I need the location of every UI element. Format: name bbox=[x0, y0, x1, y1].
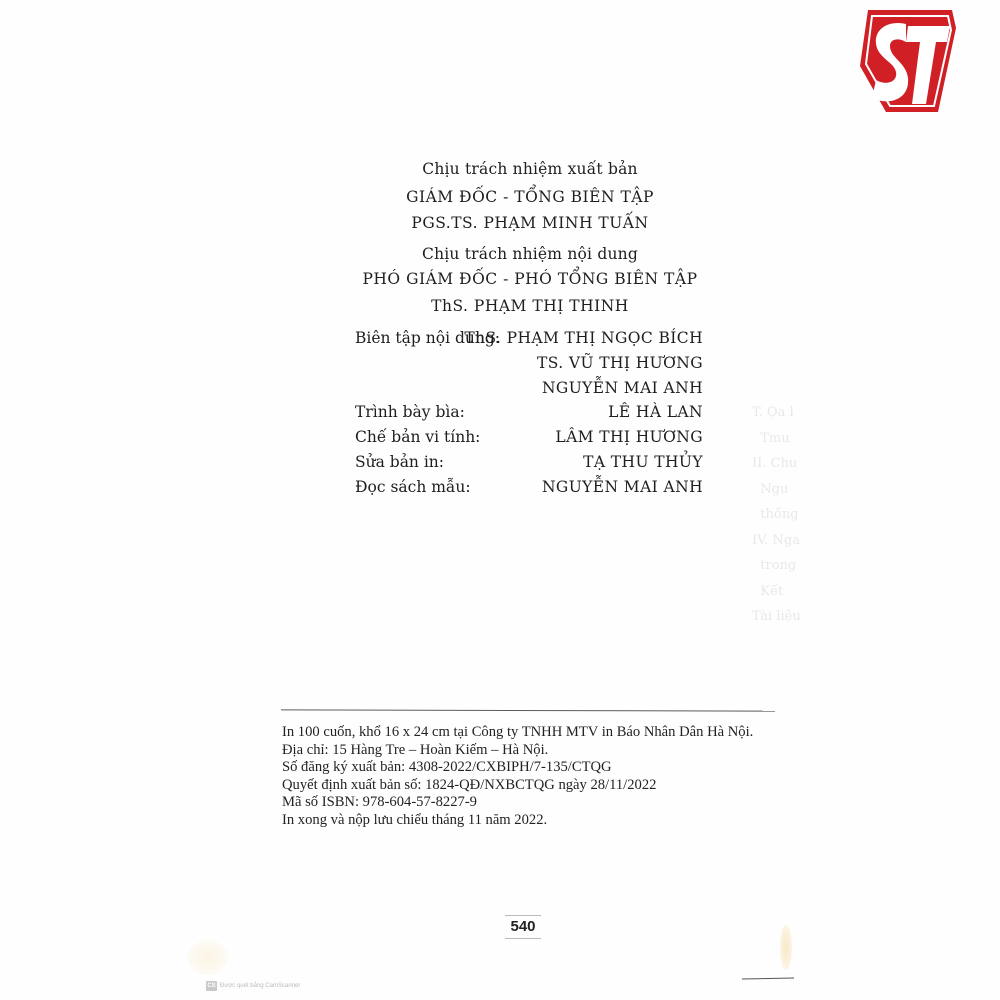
printer-address-line: Địa chỉ: 15 Hàng Tre – Hoàn Kiếm – Hà Nộ… bbox=[282, 742, 802, 760]
page-edge-smudge bbox=[780, 925, 792, 970]
deputy-director-title: PHÓ GIÁM ĐỐC - PHÓ TỔNG BIÊN TẬP bbox=[300, 270, 760, 288]
credit-label: Chế bản vi tính: bbox=[355, 428, 480, 446]
st-publisher-logo-icon bbox=[856, 6, 958, 116]
publishing-responsibility-heading: Chịu trách nhiệm xuất bản bbox=[300, 160, 760, 178]
page-edge-line bbox=[742, 978, 794, 980]
legal-deposit-line: In xong và nộp lưu chiểu tháng 11 năm 20… bbox=[282, 812, 802, 830]
scanner-watermark: CS Được quét bằng CamScanner bbox=[206, 981, 300, 991]
credit-name: LÊ HÀ LAN bbox=[608, 403, 703, 421]
publishing-director-title: GIÁM ĐỐC - TỔNG BIÊN TẬP bbox=[300, 188, 760, 206]
imprint-block: In 100 cuốn, khổ 16 x 24 cm tại Công ty … bbox=[282, 724, 802, 830]
credit-row-typesetting: Chế bản vi tính: LÂM THỊ HƯƠNG bbox=[355, 428, 703, 450]
credit-row-sample-reading: Đọc sách mẫu: NGUYỄN MAI ANH bbox=[355, 478, 703, 500]
content-editor-row: NGUYỄN MAI ANH bbox=[355, 379, 703, 401]
credit-label: Sửa bản in: bbox=[355, 453, 444, 471]
deputy-director-name: ThS. PHẠM THỊ THINH bbox=[300, 297, 760, 315]
content-editor-name: NGUYỄN MAI ANH bbox=[542, 379, 703, 397]
page-number: 540 bbox=[505, 915, 541, 939]
credit-label: Trình bày bìa: bbox=[355, 403, 465, 421]
credit-name: LÂM THỊ HƯƠNG bbox=[555, 428, 703, 446]
publishing-decision-line: Quyết định xuất bản số: 1824-QĐ/NXBCTQG … bbox=[282, 777, 802, 795]
credit-name: NGUYỄN MAI ANH bbox=[542, 478, 703, 496]
credit-row-cover-design: Trình bày bìa: LÊ HÀ LAN bbox=[355, 403, 703, 425]
content-editor-name: ThS. PHẠM THỊ NGỌC BÍCH bbox=[464, 329, 703, 347]
isbn-line: Mã số ISBN: 978-604-57-8227-9 bbox=[282, 794, 802, 812]
content-editor-name: TS. VŨ THỊ HƯƠNG bbox=[537, 354, 703, 372]
content-responsibility-heading: Chịu trách nhiệm nội dung bbox=[300, 245, 760, 263]
content-editor-row: Biên tập nội dung: ThS. PHẠM THỊ NGỌC BÍ… bbox=[355, 329, 703, 351]
watermark-text: Được quét bằng CamScanner bbox=[220, 983, 300, 989]
publishing-director-name: PGS.TS. PHẠM MINH TUẤN bbox=[300, 214, 760, 232]
publishing-registration-line: Số đăng ký xuất bản: 4308-2022/CXBIPH/7-… bbox=[282, 759, 802, 777]
print-run-line: In 100 cuốn, khổ 16 x 24 cm tại Công ty … bbox=[282, 724, 802, 742]
reverse-page-bleed-through: T. Ọa l Tmu II. Chu Ngu thống IV. Nga tr… bbox=[752, 400, 801, 630]
imprint-divider bbox=[281, 709, 775, 711]
book-colophon-page: Chịu trách nhiệm xuất bản GIÁM ĐỐC - TỔN… bbox=[0, 0, 1000, 1000]
page-edge-smudge bbox=[188, 940, 228, 975]
credit-name: TẠ THU THỦY bbox=[583, 453, 703, 471]
credit-label: Đọc sách mẫu: bbox=[355, 478, 471, 496]
content-editor-row: TS. VŨ THỊ HƯƠNG bbox=[355, 354, 703, 376]
camscanner-icon: CS bbox=[206, 981, 217, 991]
credit-row-proofreading: Sửa bản in: TẠ THU THỦY bbox=[355, 453, 703, 475]
